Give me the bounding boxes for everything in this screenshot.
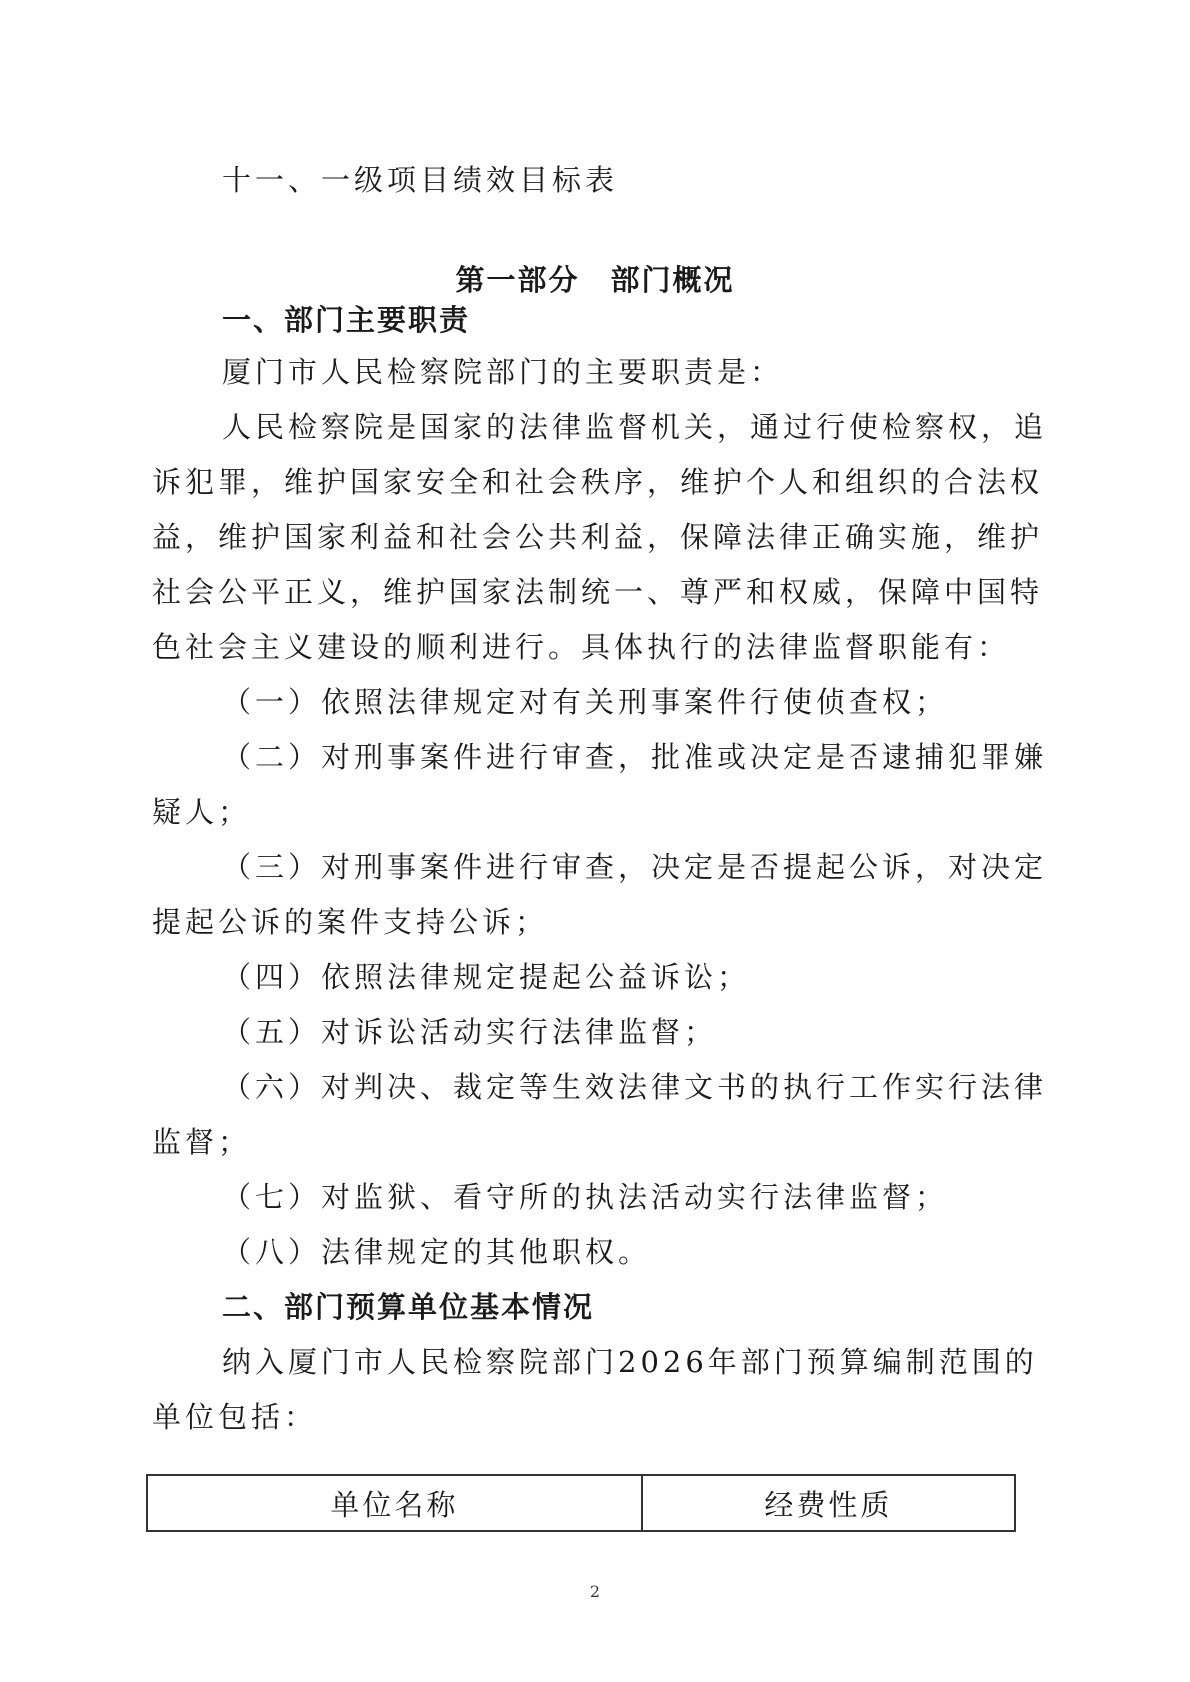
- header-funding-type: 经费性质: [642, 1475, 1015, 1531]
- body-line: 人民检察院是国家的法律监督机关，通过行使检察权，追: [222, 405, 1047, 446]
- header-unit-name: 单位名称: [147, 1475, 642, 1531]
- duty-item-5: （五）对诉讼活动实行法律监督；: [222, 1010, 717, 1051]
- duty-item-6: （六）对判决、裁定等生效法律文书的执行工作实行法律: [222, 1065, 1047, 1106]
- duty-item-6-cont: 监督；: [152, 1120, 1032, 1161]
- duty-item-7: （七）对监狱、看守所的执法活动实行法律监督；: [222, 1175, 948, 1216]
- body-line: 诉犯罪，维护国家安全和社会秩序，维护个人和组织的合法权: [152, 460, 1032, 501]
- duty-item-2: （二）对刑事案件进行审查，批准或决定是否逮捕犯罪嫌: [222, 735, 1047, 776]
- duty-item-3: （三）对刑事案件进行审查，决定是否提起公诉，对决定: [222, 845, 1047, 886]
- duty-item-4: （四）依照法律规定提起公益诉讼；: [222, 955, 750, 996]
- toc-item: 十一、一级项目绩效目标表: [222, 158, 618, 199]
- section-heading-units: 二、部门预算单位基本情况: [222, 1285, 594, 1326]
- page-number: 2: [0, 1582, 1190, 1601]
- part-title: 第一部分 部门概况: [0, 258, 1190, 299]
- body-line: 社会公平正义，维护国家法制统一、尊严和权威，保障中国特: [152, 570, 1032, 611]
- units-intro-cont: 单位包括：: [152, 1395, 1032, 1436]
- body-line: 益，维护国家利益和社会公共利益，保障法律正确实施，维护: [152, 515, 1032, 556]
- duty-item-8: （八）法律规定的其他职权。: [222, 1230, 651, 1271]
- table-header-row: 单位名称 经费性质: [147, 1475, 1015, 1531]
- duty-item-2-cont: 疑人；: [152, 790, 1032, 831]
- duty-item-1: （一）依照法律规定对有关刑事案件行使侦查权；: [222, 680, 948, 721]
- units-intro: 纳入厦门市人民检察院部门2026年部门预算编制范围的: [222, 1340, 1038, 1381]
- units-table: 单位名称 经费性质: [146, 1474, 1016, 1532]
- body-line: 色社会主义建设的顺利进行。具体执行的法律监督职能有：: [152, 625, 1032, 666]
- duty-item-3-cont: 提起公诉的案件支持公诉；: [152, 900, 1032, 941]
- duties-intro: 厦门市人民检察院部门的主要职责是：: [222, 350, 783, 391]
- section-heading-duties: 一、部门主要职责: [222, 298, 470, 339]
